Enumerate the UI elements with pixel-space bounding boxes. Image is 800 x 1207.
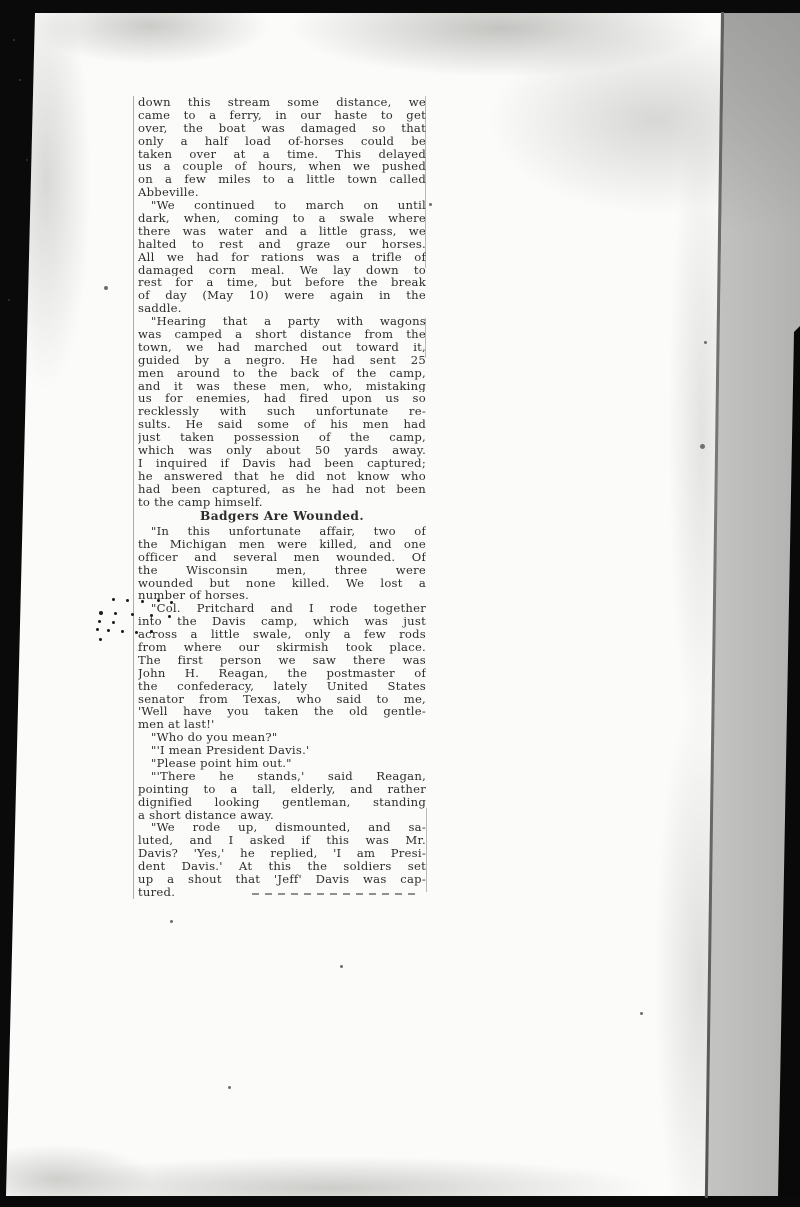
ink-dot xyxy=(114,612,117,615)
text-line: wounded but none killed. We lost a xyxy=(138,577,426,590)
text-line: men around to the back of the camp, xyxy=(138,367,426,380)
text-line: saddle. xyxy=(138,302,426,315)
text-line: "Who do you mean?" xyxy=(138,731,426,744)
text-line: sults. He said some of his men had xyxy=(138,418,426,431)
text-line: recklessly with such unfortunate re- xyxy=(138,405,426,418)
text-line: us for enemies, had fired upon us so xyxy=(138,392,426,405)
text-line: into the Davis camp, which was just xyxy=(138,615,426,628)
text-line: was camped a short distance from the xyxy=(138,328,426,341)
text-line: "We continued to march on until xyxy=(138,199,426,212)
text-line: and it was these men, who, mistaking xyxy=(138,380,426,393)
ink-dot xyxy=(112,621,115,624)
section-heading: Badgers Are Wounded. xyxy=(138,510,426,525)
text-line: the confederacy, lately United States xyxy=(138,680,426,693)
paper-speck xyxy=(640,1012,643,1015)
text-line: over, the boat was damaged so that xyxy=(138,122,426,135)
text-line: "Hearing that a party with wagons xyxy=(138,315,426,328)
text-line: "'I mean President Davis.' xyxy=(138,744,426,757)
text-line: rest for a time, but before the break xyxy=(138,276,426,289)
scanned-newspaper-page: { "page": { "scanner_background_color": … xyxy=(0,0,800,1207)
text-line: only a half load of-horses could be xyxy=(138,135,426,148)
text-line: there was water and a little grass, we xyxy=(138,225,426,238)
ink-dot xyxy=(99,638,102,641)
ink-dot xyxy=(157,599,160,602)
text-line: number of horses. xyxy=(138,589,426,602)
ink-dot xyxy=(112,598,115,601)
ink-dot xyxy=(135,631,138,634)
text-line: dent Davis.' At this the soldiers set xyxy=(138,860,426,873)
ink-dot xyxy=(168,615,171,618)
paper-speck xyxy=(429,203,432,206)
paper-speck xyxy=(170,920,173,923)
text-line: damaged corn meal. We lay down to xyxy=(138,264,426,277)
text-line: luted, and I asked if this was Mr. xyxy=(138,834,426,847)
text-line: a short distance away. xyxy=(138,809,426,822)
text-line: of day (May 10) were again in the xyxy=(138,289,426,302)
text-line: senator from Texas, who said to me, xyxy=(138,693,426,706)
text-line: just taken possession of the camp, xyxy=(138,431,426,444)
text-line: he answered that he did not know who xyxy=(138,470,426,483)
paper-speck xyxy=(700,444,705,449)
text-line: up a shout that 'Jeff' Davis was cap- xyxy=(138,873,426,886)
text-line: Davis? 'Yes,' he replied, 'I am Presi- xyxy=(138,847,426,860)
ink-dot xyxy=(141,600,144,603)
newspaper-column: down this stream some distance, wecame t… xyxy=(133,96,426,899)
paper-speck xyxy=(704,341,707,344)
ink-dot xyxy=(98,620,101,623)
text-line: "'There he stands,' said Reagan, xyxy=(138,770,426,783)
text-line: the Wisconsin men, three were xyxy=(138,564,426,577)
text-line: "We rode up, dismounted, and sa- xyxy=(138,821,426,834)
text-line: down this stream some distance, we xyxy=(138,96,426,109)
paper-speck xyxy=(228,1086,231,1089)
text-line: "In this unfortunate affair, two of xyxy=(138,525,426,538)
text-line: guided by a negro. He had sent 25 xyxy=(138,354,426,367)
text-line: "Please point him out." xyxy=(138,757,426,770)
text-line: to the camp himself. xyxy=(138,496,426,509)
text-line: dark, when, coming to a swale where xyxy=(138,212,426,225)
ink-dot xyxy=(99,611,103,615)
ink-dot xyxy=(170,601,173,604)
text-line: "Col. Pritchard and I rode together xyxy=(138,602,426,615)
text-line: which was only about 50 yards away. xyxy=(138,444,426,457)
text-line: came to a ferry, in our haste to get xyxy=(138,109,426,122)
text-line: across a little swale, only a few rods xyxy=(138,628,426,641)
text-line: from where our skirmish took place. xyxy=(138,641,426,654)
text-line: officer and several men wounded. Of xyxy=(138,551,426,564)
text-line: men at last!' xyxy=(138,718,426,731)
text-line: Abbeville. xyxy=(138,186,426,199)
text-line: halted to rest and graze our horses. xyxy=(138,238,426,251)
text-line: on a few miles to a little town called xyxy=(138,173,426,186)
ink-dot xyxy=(150,614,153,617)
text-line: 'Well have you taken the old gentle- xyxy=(138,705,426,718)
text-line: The first person we saw there was xyxy=(138,654,426,667)
text-line: John H. Reagan, the postmaster of xyxy=(138,667,426,680)
paper-speck xyxy=(104,286,108,290)
ink-dot xyxy=(107,629,110,632)
ink-dot xyxy=(150,630,153,633)
text-line: All we had for rations was a trifle of xyxy=(138,251,426,264)
pencil-dash-marks xyxy=(252,893,420,895)
text-line: had been captured, as he had not been xyxy=(138,483,426,496)
text-line: us a couple of hours, when we pushed xyxy=(138,160,426,173)
text-line: dignified looking gentleman, standing xyxy=(138,796,426,809)
ink-dot xyxy=(126,599,129,602)
ink-dot xyxy=(96,628,99,631)
ink-dot xyxy=(121,630,124,633)
column-rule-right-bottom xyxy=(426,808,427,892)
text-line: the Michigan men were killed, and one xyxy=(138,538,426,551)
text-line: town, we had marched out toward it, xyxy=(138,341,426,354)
text-line: I inquired if Davis had been captured; xyxy=(138,457,426,470)
ink-dot xyxy=(131,613,134,616)
text-line: pointing to a tall, elderly, and rather xyxy=(138,783,426,796)
text-line: taken over at a time. This delayed xyxy=(138,148,426,161)
paper-speck xyxy=(340,965,343,968)
